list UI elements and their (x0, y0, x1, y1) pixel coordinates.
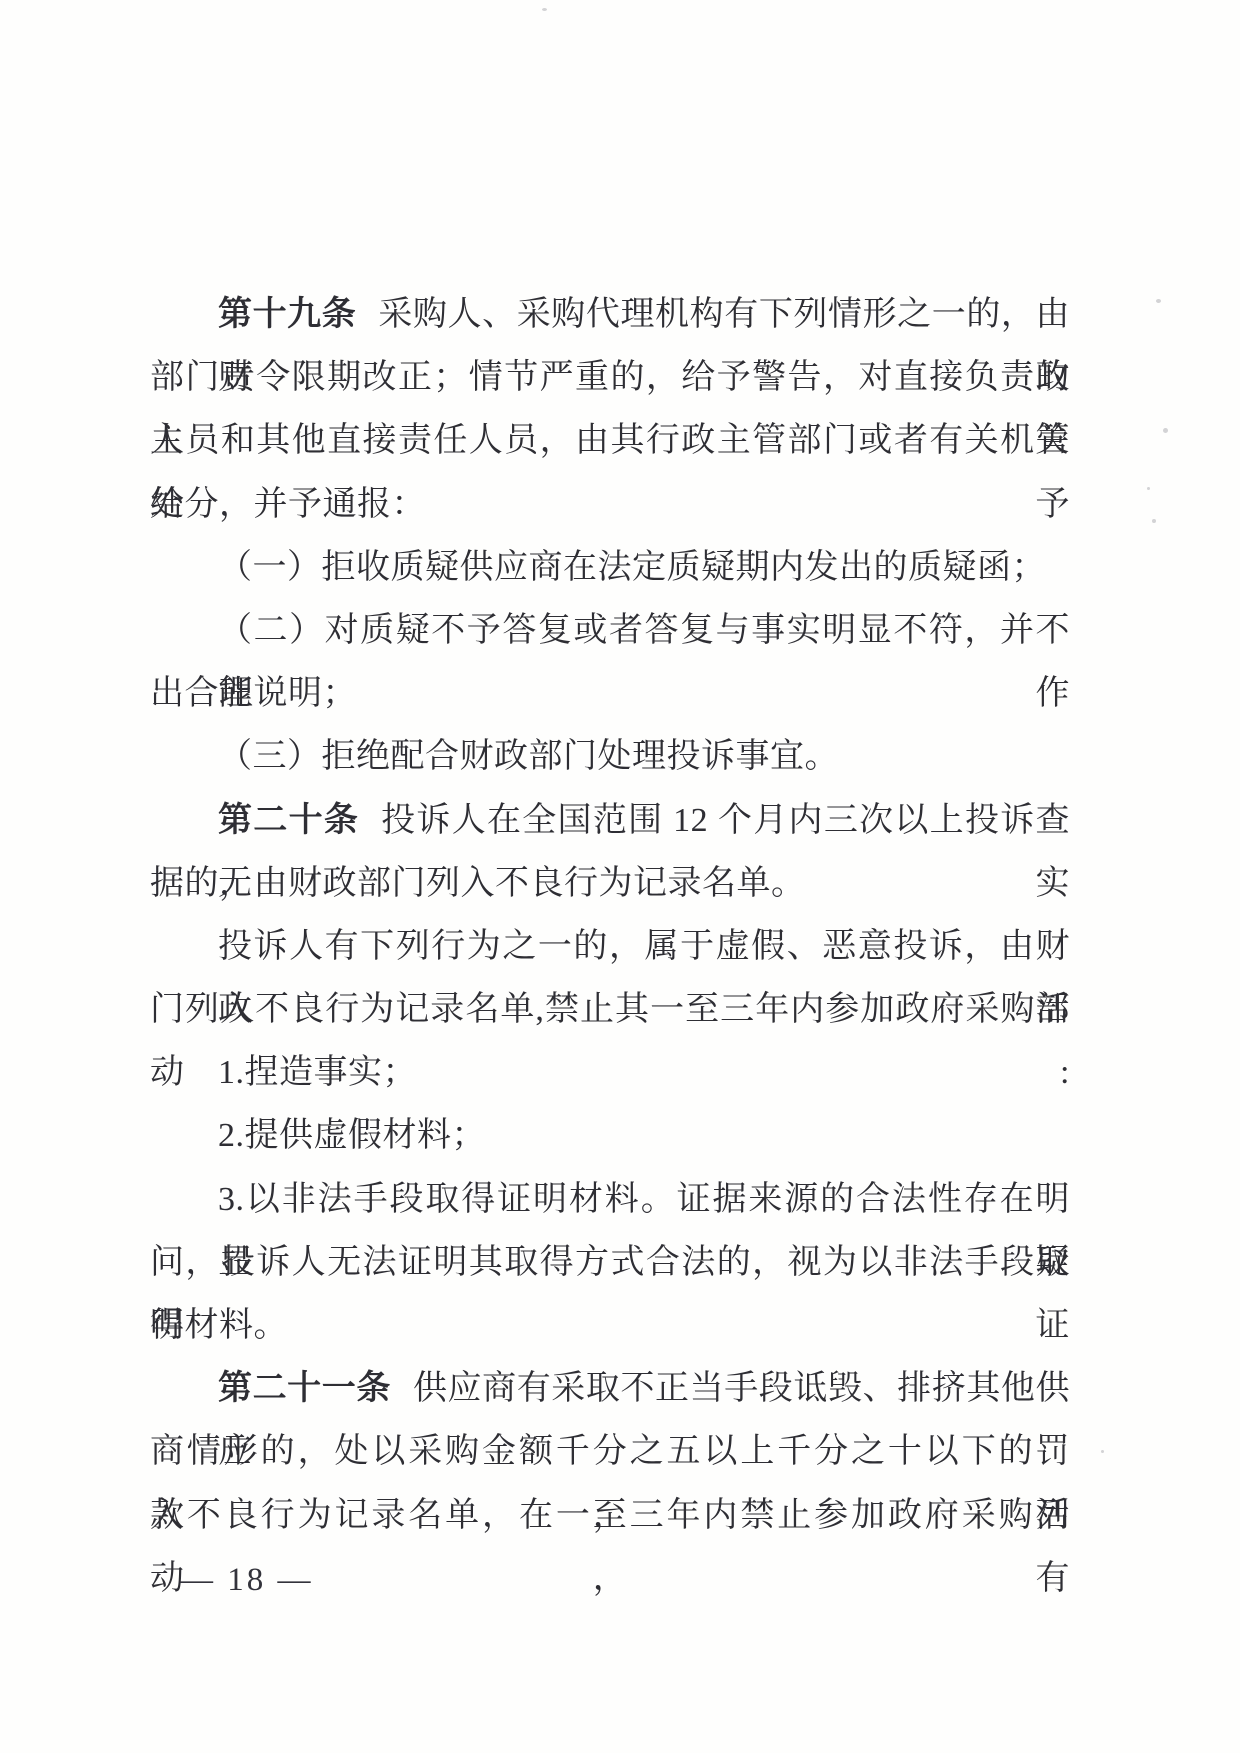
line-text: 处分，并予通报： (150, 486, 426, 523)
scan-speck (1147, 487, 1150, 490)
page-number: — 18 — (180, 1562, 314, 1599)
document-body: 第十九条采购人、采购代理机构有下列情形之一的，由财政部门责令限期改正；情节严重的… (150, 283, 1070, 1547)
text-line: 3.以非法手段取得证明材料。证据来源的合法性存在明显疑 (150, 1168, 1070, 1231)
text-line: （二）对质疑不予答复或者答复与事实明显不符，并不能作 (150, 599, 1070, 662)
line-text: 据的，由财政部门列入不良行为记录名单。 (150, 865, 806, 902)
text-line: 门列入不良行为记录名单,禁止其一至三年内参加政府采购活动: (150, 978, 1070, 1041)
line-text: （三）拒绝配合财政部门处理投诉事宜。 (218, 738, 839, 775)
line-text: 明材料。 (150, 1307, 288, 1344)
text-line: 第二十一条供应商有采取不正当手段诋毁、排挤其他供应 (150, 1357, 1070, 1420)
scan-speck (1101, 1450, 1104, 1453)
document-page: 第十九条采购人、采购代理机构有下列情形之一的，由财政部门责令限期改正；情节严重的… (0, 0, 1240, 1753)
line-text: 2.提供虚假材料； (218, 1117, 486, 1154)
text-line: 投诉人有下列行为之一的，属于虚假、恶意投诉，由财政部 (150, 915, 1070, 978)
scan-speck (1152, 519, 1156, 523)
text-line: 部门责令限期改正；情节严重的，给予警告，对直接负责的主管 (150, 346, 1070, 409)
scan-speck (542, 8, 547, 11)
text-line: 第十九条采购人、采购代理机构有下列情形之一的，由财政 (150, 283, 1070, 346)
scan-speck (1156, 299, 1161, 303)
text-line: 人员和其他直接责任人员，由其行政主管部门或者有关机关给予 (150, 409, 1070, 472)
line-text: 问，投诉人无法证明其取得方式合法的，视为以非法手段取得证 (150, 1244, 1070, 1344)
line-text: 1.捏造事实； (218, 1054, 417, 1091)
text-line: （三）拒绝配合财政部门处理投诉事宜。 (150, 725, 1070, 788)
text-line: （一）拒收质疑供应商在法定质疑期内发出的质疑函； (150, 536, 1070, 599)
text-line: 第二十条投诉人在全国范围 12 个月内三次以上投诉查无实 (150, 789, 1070, 852)
line-text: 出合理说明； (150, 675, 357, 712)
article-number: 第二十条 (218, 800, 359, 840)
scan-speck (1163, 428, 1168, 433)
text-line: 问，投诉人无法证明其取得方式合法的，视为以非法手段取得证 (150, 1231, 1070, 1294)
article-number: 第二十一条 (218, 1368, 391, 1408)
text-line: 2.提供虚假材料； (150, 1104, 1070, 1167)
line-text: （一）拒收质疑供应商在法定质疑期内发出的质疑函； (218, 549, 1046, 586)
text-line: 入不良行为记录名单，在一至三年内禁止参加政府采购活动，有 (150, 1484, 1070, 1547)
text-line: 商情形的，处以采购金额千分之五以上千分之十以下的罚款，列 (150, 1420, 1070, 1483)
article-number: 第十九条 (218, 294, 356, 334)
